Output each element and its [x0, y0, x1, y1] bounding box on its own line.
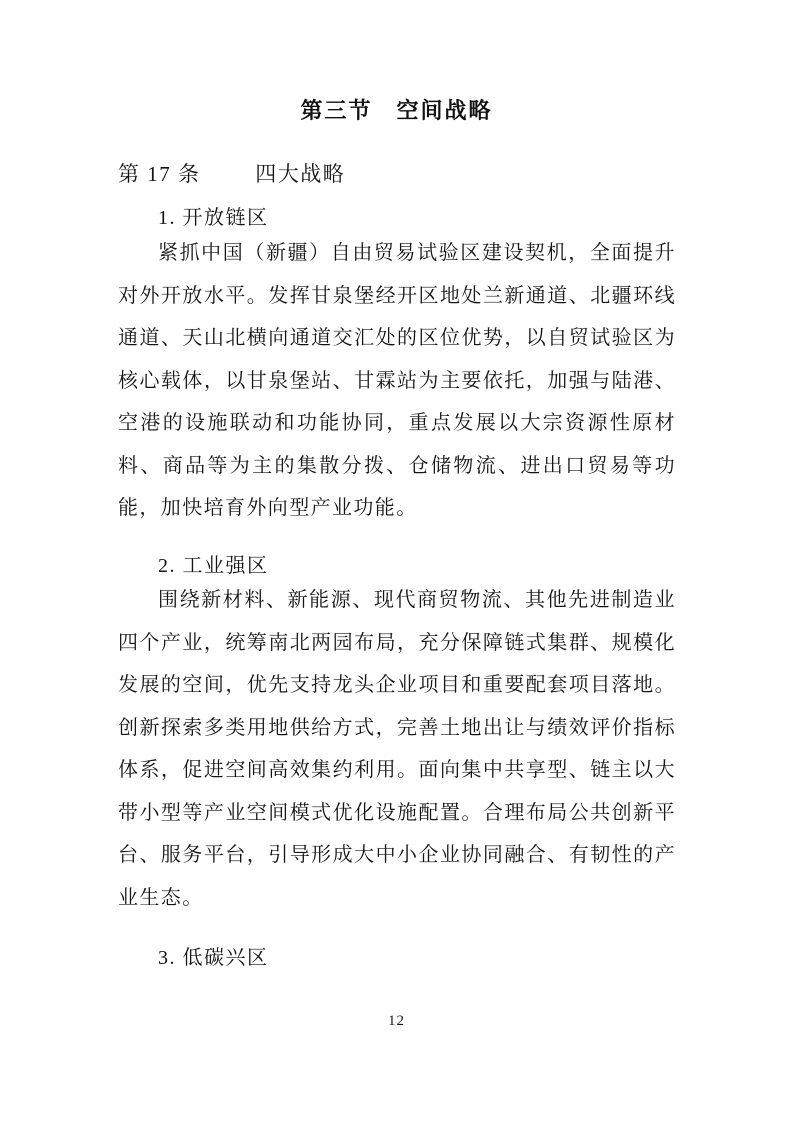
item-heading-3: 3. 低碳兴区: [118, 941, 676, 970]
article-line: 第 17 条 四大战略: [118, 158, 345, 188]
article-title: 四大战略: [255, 158, 345, 188]
item-paragraph-2: 围绕新材料、新能源、现代商贸物流、其他先进制造业四个产业，统筹南北两园布局，充分…: [118, 579, 676, 919]
article-number: 第 17 条: [118, 158, 201, 188]
item-paragraph-1: 紧抓中国（新疆）自由贸易试验区建设契机，全面提升对外开放水平。发挥甘泉堡经开区地…: [118, 232, 676, 530]
item-heading-2: 2. 工业强区: [118, 549, 676, 578]
page-number: 12: [0, 1013, 793, 1030]
item-heading-1: 1. 开放链区: [118, 201, 676, 230]
document-page: 第三节 空间战略 第 17 条 四大战略 1. 开放链区 紧抓中国（新疆）自由贸…: [0, 0, 793, 1122]
section-title: 第三节 空间战略: [0, 94, 793, 125]
